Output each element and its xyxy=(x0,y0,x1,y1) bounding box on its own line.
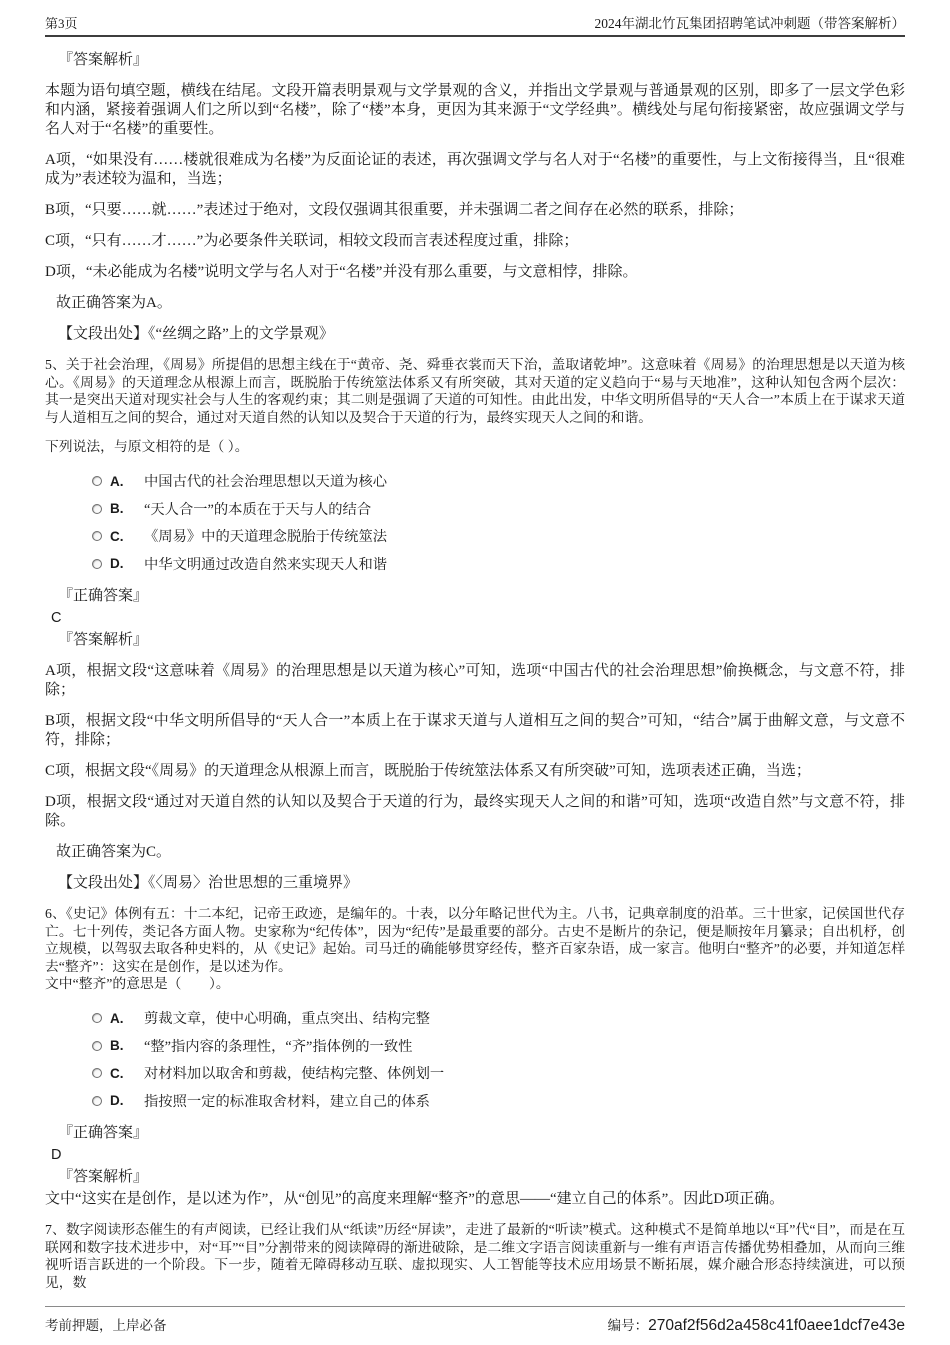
radio-button-icon[interactable] xyxy=(92,504,102,514)
page-header: 第3页 2024年湖北竹瓦集团招聘笔试冲刺题（带答案解析） xyxy=(45,12,905,37)
passage-source: 【文段出处】《〈周易〉治世思想的三重境界》 xyxy=(58,874,905,893)
option-row[interactable]: D. 中华文明通过改造自然来实现天人和谐 xyxy=(92,554,905,573)
page-number: 第3页 xyxy=(45,13,78,32)
option-letter: A. xyxy=(110,1011,132,1026)
radio-button-icon[interactable] xyxy=(92,1041,102,1051)
correct-answer-value: D xyxy=(51,1146,905,1164)
option-text: 中国古代的社会治理思想以天道为核心 xyxy=(144,471,387,491)
page-footer: 考前押题，上岸必备 编号：270af2f56d2a458c41f0aee1dcf… xyxy=(45,1306,905,1335)
option-letter: C. xyxy=(110,529,132,544)
option-text: “整”指内容的条理性，“齐”指体例的一致性 xyxy=(144,1036,412,1056)
analysis-paragraph: C项，根据文段“《周易》的天道理念从根源上而言，既脱胎于传统筮法体系又有所突破”… xyxy=(45,762,905,781)
radio-button-icon[interactable] xyxy=(92,1013,102,1023)
analysis-paragraph: D项，“未必能成为名楼”说明文学与名人对于“名楼”并没有那么重要，与文意相悖，排… xyxy=(45,263,905,282)
radio-button-icon[interactable] xyxy=(92,559,102,569)
option-row[interactable]: B. “天人合一”的本质在于天与人的结合 xyxy=(92,499,905,518)
radio-button-icon[interactable] xyxy=(92,1096,102,1106)
option-letter: D. xyxy=(110,1093,132,1108)
radio-button-icon[interactable] xyxy=(92,1068,102,1078)
answer-analysis-label: 『答案解析』 xyxy=(58,1168,905,1187)
option-row[interactable]: D. 指按照一定的标准取舍材料，建立自己的体系 xyxy=(92,1091,905,1110)
option-text: 指按照一定的标准取舍材料，建立自己的体系 xyxy=(144,1091,430,1111)
question-prompt: 下列说法，与原文相符的是（ ）。 xyxy=(45,438,905,456)
option-letter: A. xyxy=(110,474,132,489)
serial-number: 270af2f56d2a458c41f0aee1dcf7e43e xyxy=(648,1317,905,1334)
question6-section: 6、《史记》体例有五：十二本纪，记帝王政迹，是编年的。十表，以分年略记世代为主。… xyxy=(45,905,905,1209)
option-letter: D. xyxy=(110,556,132,571)
question4-analysis-section: 『答案解析』 本题为语句填空题，横线在结尾。文段开篇表明景观与文学景观的含义，并… xyxy=(45,51,905,344)
option-text: “天人合一”的本质在于天与人的结合 xyxy=(144,499,371,519)
option-text: 中华文明通过改造自然来实现天人和谐 xyxy=(144,554,387,574)
conclusion-line: 故正确答案为C。 xyxy=(56,843,905,862)
document-body: 『答案解析』 本题为语句填空题，横线在结尾。文段开篇表明景观与文学景观的含义，并… xyxy=(0,37,950,1327)
document-page: 第3页 2024年湖北竹瓦集团招聘笔试冲刺题（带答案解析） 『答案解析』 本题为… xyxy=(0,0,950,1345)
question-stem: 5、关于社会治理，《周易》所提倡的思想主线在于“黄帝、尧、舜垂衣裳而天下治，盖取… xyxy=(45,356,905,426)
option-row[interactable]: C. 对材料加以取舍和剪裁，使结构完整、体例划一 xyxy=(92,1064,905,1083)
passage-source: 【文段出处】《“丝绸之路”上的文学景观》 xyxy=(58,325,905,344)
document-title: 2024年湖北竹瓦集团招聘笔试冲刺题（带答案解析） xyxy=(595,12,906,32)
question-stem: 7、数字阅读形态催生的有声阅读，已经让我们从“纸读”历经“屏读”，走进了最新的“… xyxy=(45,1221,905,1291)
option-text: 剪裁文章，使中心明确，重点突出、结构完整 xyxy=(144,1008,430,1028)
question5-options: A. 中国古代的社会治理思想以天道为核心 B. “天人合一”的本质在于天与人的结… xyxy=(92,472,905,574)
answer-analysis-label: 『答案解析』 xyxy=(58,51,905,70)
option-text: 对材料加以取舍和剪裁，使结构完整、体例划一 xyxy=(144,1063,444,1083)
option-letter: C. xyxy=(110,1066,132,1081)
option-row[interactable]: A. 剪裁文章，使中心明确，重点突出、结构完整 xyxy=(92,1009,905,1028)
correct-answer-label: 『正确答案』 xyxy=(58,587,905,606)
analysis-paragraph: A项，“如果没有……楼就很难成为名楼”为反面论证的表述，再次强调文学与名人对于“… xyxy=(45,151,905,189)
analysis-paragraph: 文中“这实在是创作，是以述为作”，从“创见”的高度来理解“整齐”的意思——“建立… xyxy=(45,1190,905,1209)
analysis-paragraph: 本题为语句填空题，横线在结尾。文段开篇表明景观与文学景观的含义，并指出文学景观与… xyxy=(45,82,905,139)
footer-slogan: 考前押题，上岸必备 xyxy=(45,1314,167,1334)
question7-section: 7、数字阅读形态催生的有声阅读，已经让我们从“纸读”历经“屏读”，走进了最新的“… xyxy=(45,1221,905,1291)
question5-section: 5、关于社会治理，《周易》所提倡的思想主线在于“黄帝、尧、舜垂衣裳而天下治，盖取… xyxy=(45,356,905,893)
option-text: 《周易》中的天道理念脱胎于传统筮法 xyxy=(144,526,387,546)
analysis-paragraph: B项，根据文段“中华文明所倡导的“天人合一”本质上在于谋求天道与人道相互之间的契… xyxy=(45,712,905,750)
answer-analysis-label: 『答案解析』 xyxy=(58,631,905,650)
question6-options: A. 剪裁文章，使中心明确，重点突出、结构完整 B. “整”指内容的条理性，“齐… xyxy=(92,1009,905,1111)
radio-button-icon[interactable] xyxy=(92,531,102,541)
conclusion-line: 故正确答案为A。 xyxy=(56,294,905,313)
option-row[interactable]: C. 《周易》中的天道理念脱胎于传统筮法 xyxy=(92,527,905,546)
option-row[interactable]: B. “整”指内容的条理性，“齐”指体例的一致性 xyxy=(92,1036,905,1055)
correct-answer-value: C xyxy=(51,609,905,627)
radio-button-icon[interactable] xyxy=(92,476,102,486)
option-letter: B. xyxy=(110,1038,132,1053)
correct-answer-label: 『正确答案』 xyxy=(58,1124,905,1143)
analysis-paragraph: A项，根据文段“这意味着《周易》的治理思想是以天道为核心”可知，选项“中国古代的… xyxy=(45,662,905,700)
question-stem: 6、《史记》体例有五：十二本纪，记帝王政迹，是编年的。十表，以分年略记世代为主。… xyxy=(45,905,905,975)
analysis-paragraph: D项，根据文段“通过对天道自然的认知以及契合于天道的行为，最终实现天人之间的和谐… xyxy=(45,793,905,831)
option-letter: B. xyxy=(110,501,132,516)
question-prompt: 文中“整齐”的意思是（ ）。 xyxy=(45,975,905,993)
analysis-paragraph: B项，“只要……就……”表述过于绝对，文段仅强调其很重要，并未强调二者之间存在必… xyxy=(45,201,905,220)
option-row[interactable]: A. 中国古代的社会治理思想以天道为核心 xyxy=(92,472,905,491)
footer-serial: 编号：270af2f56d2a458c41f0aee1dcf7e43e xyxy=(608,1314,905,1335)
serial-label: 编号： xyxy=(608,1318,649,1333)
analysis-paragraph: C项，“只有……才……”为必要条件关联词，相较文段而言表述程度过重，排除； xyxy=(45,232,905,251)
